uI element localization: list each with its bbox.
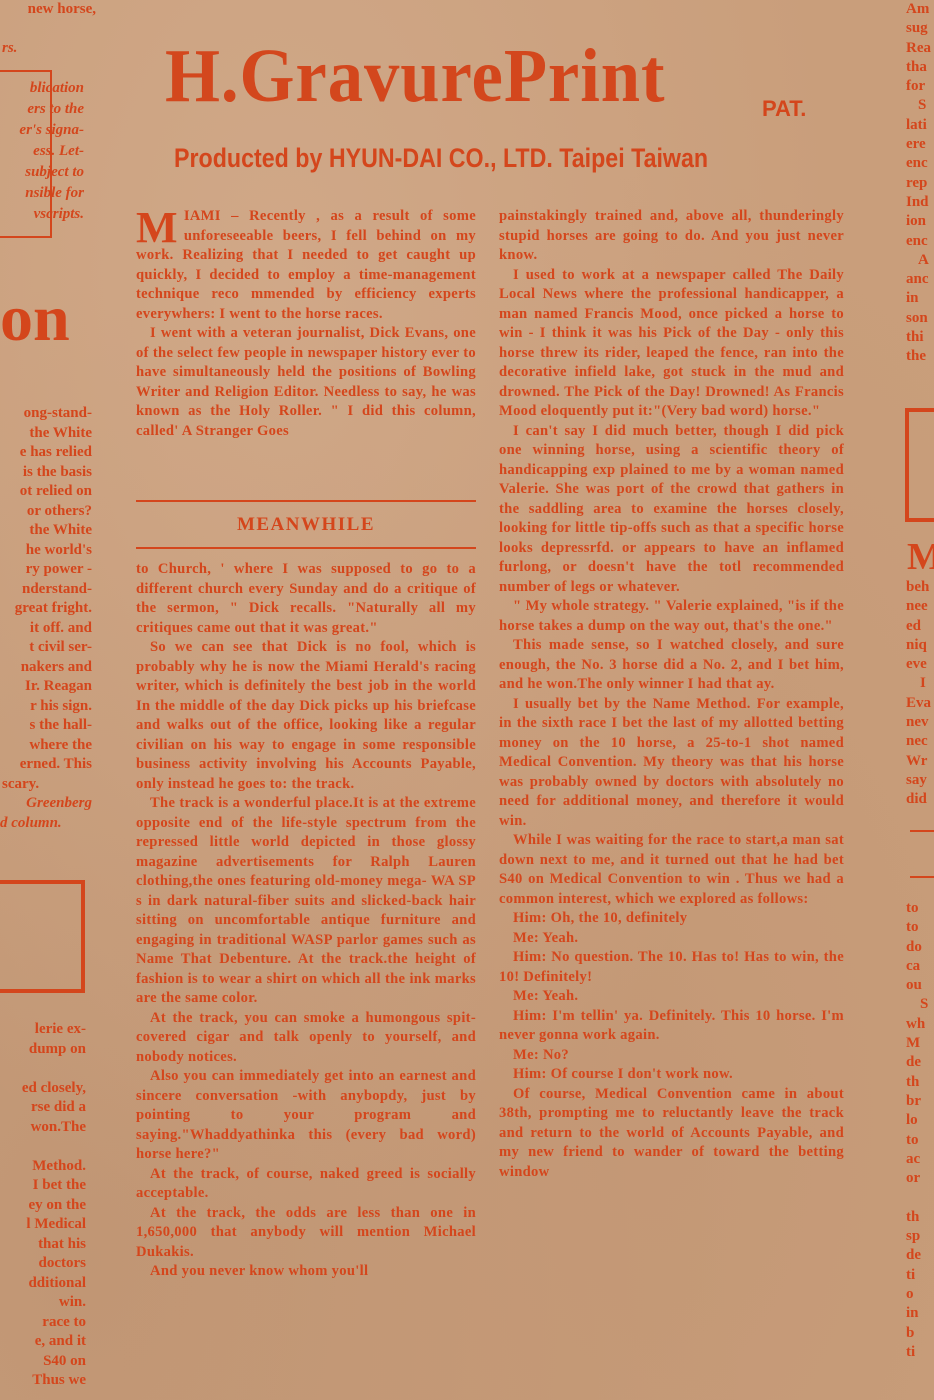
left-empty-box: [0, 880, 85, 993]
right-edge-mid-text: beh nee ed niq eve I Eva nev nec Wr say …: [906, 578, 931, 810]
paragraph: Also you can immediately get into an ear…: [136, 1067, 476, 1165]
dialogue-line: Me: Yeah.: [499, 987, 844, 1007]
right-edge-bottom-text: to to do ca ou S wh M de th br lo to ac …: [906, 899, 928, 1362]
right-edge-top-text: Am sug Rea tha for S lati ere enc rep In…: [906, 0, 931, 367]
paragraph: This made sense, so I watched closely, a…: [499, 636, 844, 695]
paragraph: I used to work at a newspaper called The…: [499, 266, 844, 422]
dialogue-line: Him: Of course I don't work now.: [499, 1065, 844, 1085]
patent-mark: PAT.: [762, 96, 806, 122]
left-headline-fragment: on: [0, 286, 70, 352]
dialogue-line: Me: No?: [499, 1046, 844, 1066]
paragraph: And you never know whom you'll: [136, 1262, 476, 1282]
dialogue-line: Me: Yeah.: [499, 929, 844, 949]
dialogue-line: Him: Oh, the 10, definitely: [499, 909, 844, 929]
dialogue-line: Him: No question. The 10. Has to! Has to…: [499, 948, 844, 987]
dialogue-line: Him: I'm tellin' ya. Definitely. This 10…: [499, 1007, 844, 1046]
section-heading: MEANWHILE: [136, 514, 476, 536]
left-edge-bottom-text: lerie ex- dump on ed closely, rse did a …: [0, 1020, 86, 1391]
left-edge-body-text: ong-stand- the White e has relied is the…: [0, 404, 92, 833]
paragraph: to Church, ' where I was supposed to go …: [136, 560, 476, 638]
left-notice-text: blication ers to the er's signa- ess. Le…: [0, 78, 84, 225]
article-column-2: painstakingly trained and, above all, th…: [499, 207, 844, 1182]
paragraph: The track is a wonderful place.It is at …: [136, 794, 476, 1009]
right-rule-top: [910, 830, 934, 832]
paragraph: painstakingly trained and, above all, th…: [499, 207, 844, 266]
right-dropcap-fragment: M: [907, 538, 934, 576]
paragraph: So we can see that Dick is no fool, whic…: [136, 638, 476, 794]
masthead-title: H.GravurePrint: [165, 38, 665, 114]
paragraph: I usually bet by the Name Method. For ex…: [499, 695, 844, 832]
article-column-1-top: M IAMI – Recently , as a result of some …: [136, 207, 476, 441]
paragraph: IAMI – Recently , as a result of some un…: [136, 207, 476, 324]
masthead-subtitle: Producted by HYUN-DAI CO., LTD. Taipei T…: [174, 143, 708, 174]
paragraph: " My whole strategy. " Valerie explained…: [499, 597, 844, 636]
section-rule-top: [136, 500, 476, 502]
paragraph: At the track, of course, naked greed is …: [136, 1165, 476, 1204]
paragraph: I went with a veteran journalist, Dick E…: [136, 324, 476, 441]
left-edge-top-text: new horse, rs.: [0, 0, 96, 59]
paragraph: Of course, Medical Convention came in ab…: [499, 1085, 844, 1183]
right-empty-box: [905, 408, 934, 522]
paragraph: While I was waiting for the race to star…: [499, 831, 844, 909]
paragraph: At the track, the odds are less than one…: [136, 1204, 476, 1263]
paragraph: At the track, you can smoke a humongous …: [136, 1009, 476, 1068]
drop-cap: M: [136, 210, 178, 246]
section-rule-bottom: [136, 547, 476, 549]
paragraph: I can't say I did much better, though I …: [499, 422, 844, 598]
article-column-1-bottom: to Church, ' where I was supposed to go …: [136, 560, 476, 1282]
right-rule-bottom: [910, 876, 934, 878]
